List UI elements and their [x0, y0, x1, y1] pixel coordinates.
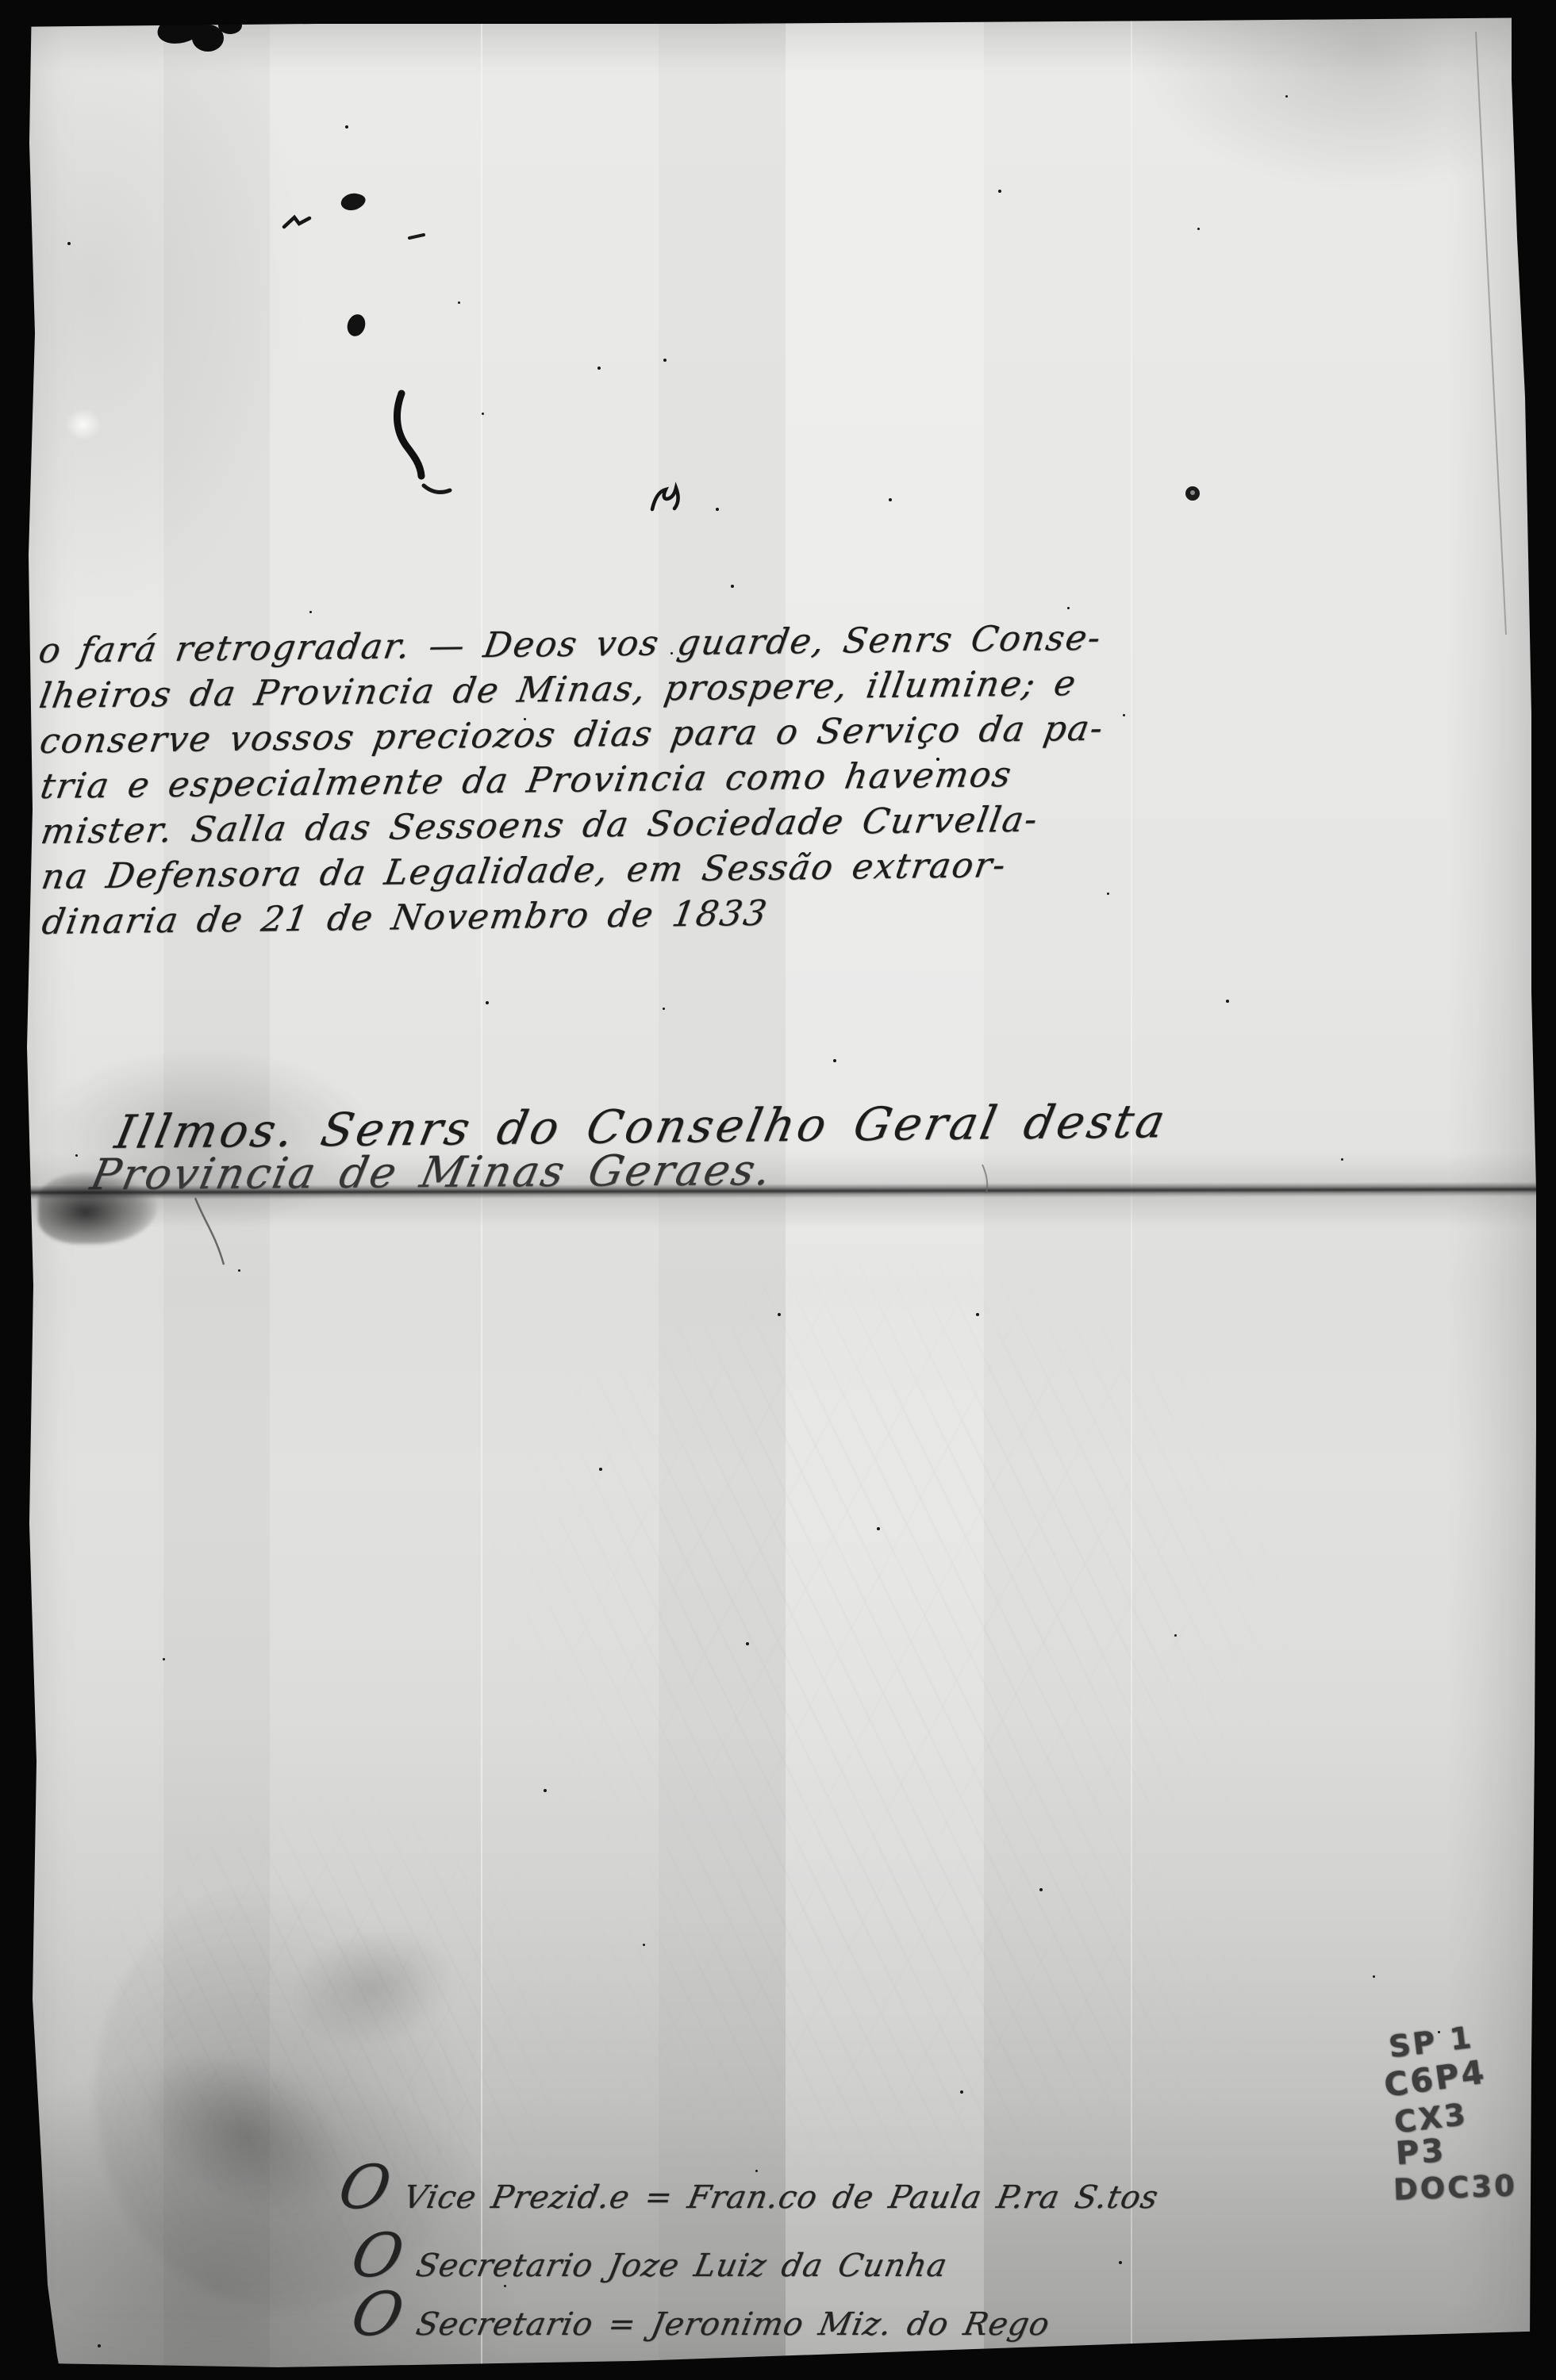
dust-speck [746, 1642, 749, 1645]
dust-speck [663, 359, 667, 362]
dust-speck [133, 916, 136, 919]
dust-speck [482, 413, 484, 415]
dust-speck [599, 1468, 602, 1471]
dust-speck [1373, 1975, 1375, 1978]
dust-speck [67, 242, 71, 245]
dust-speck [1285, 95, 1288, 98]
dust-speck [486, 1001, 489, 1004]
dust-speck [716, 508, 719, 511]
dust-speck [833, 1059, 836, 1062]
dust-speck [75, 1154, 78, 1157]
dust-speck [960, 2090, 963, 2094]
dust-speck [998, 190, 1001, 193]
dust-speck [1067, 607, 1070, 609]
dust-speck [1039, 1888, 1043, 1891]
dust-speck [1119, 2261, 1122, 2264]
signature-line-vice-president: O Vice Prezid.e = Fran.co de Paula P.ra … [333, 2152, 1167, 2222]
dust-speck [524, 718, 526, 720]
dust-speck [345, 125, 348, 129]
dust-speck [458, 301, 460, 304]
dust-speck [976, 1313, 979, 1316]
dust-speck [1197, 228, 1200, 230]
dust-speck [889, 498, 892, 501]
manuscript-body-text: o fará retrogradar. — Deos vos guarde, S… [35, 616, 1102, 945]
dust-speck [544, 1789, 547, 1792]
dust-speck [1174, 1634, 1177, 1637]
dust-speck [670, 652, 673, 654]
dust-speck [597, 367, 601, 370]
dust-speck [1438, 2031, 1440, 2033]
archival-mark-p3: P3 [1394, 2132, 1447, 2172]
signature-line-secretary-2: O Secretario = Jeronimo Miz. do Rego [346, 2278, 1058, 2349]
dust-speck [98, 2344, 101, 2347]
dust-speck [731, 585, 734, 588]
dust-speck [643, 1944, 645, 1946]
scanned-manuscript-screenshot: { "page": { "kind": "scanned handwritten… [0, 0, 1556, 2380]
dust-speck [1226, 1000, 1229, 1003]
dust-speck [663, 1008, 665, 1010]
dust-speck [755, 2170, 758, 2172]
dust-speck [877, 1527, 880, 1530]
dust-speck [309, 611, 312, 613]
dust-speck [163, 1658, 165, 1660]
dust-speck [504, 2285, 506, 2287]
dust-speck [1123, 714, 1125, 716]
dust-speck [936, 758, 939, 761]
dust-speck [778, 1313, 781, 1316]
dust-speck [1341, 1158, 1343, 1161]
archival-mark-doc30: DOC30 [1393, 2168, 1517, 2206]
dust-speck [238, 1269, 240, 1272]
dust-speck [1107, 892, 1109, 895]
